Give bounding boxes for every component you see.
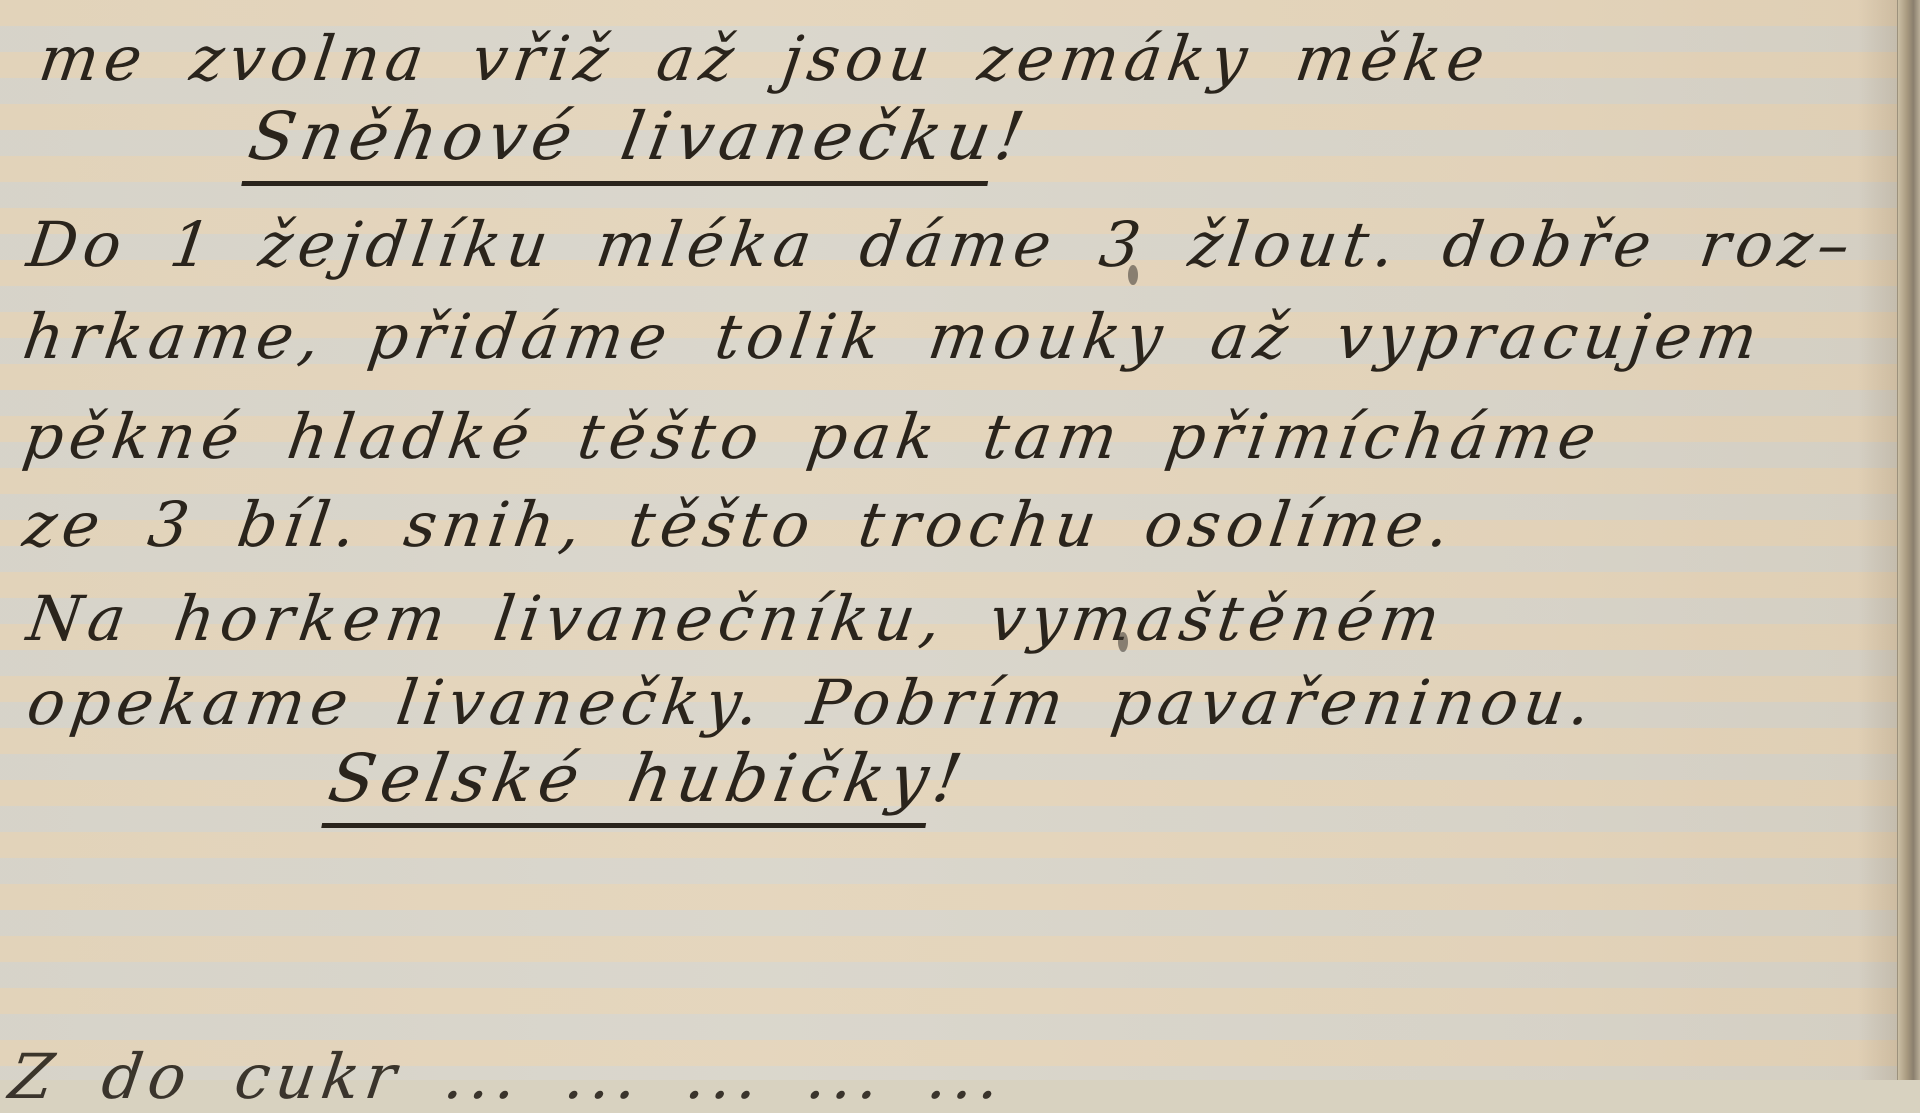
text-line-1: me zvolna vřiž až jsou zemáky měke <box>35 22 1495 95</box>
text-line-8: opekame livanečky. Pobrím pavařeninou. <box>23 666 1601 739</box>
heading-text: Selské hubičky <box>321 740 940 828</box>
recipe-heading-selske-hubicky: Selské hubičky! <box>323 740 973 817</box>
page-edge-shadow <box>1858 0 1898 1080</box>
text-line-3: Do 1 žejdlíku mléka dáme 3 žlout. dobře … <box>23 208 1860 281</box>
ink-spot <box>1128 265 1138 285</box>
recipe-heading-snehove-livanecky: Sněhové livanečku! <box>243 98 1035 175</box>
ink-spot <box>1118 632 1128 652</box>
heading-text: Sněhové livanečku <box>241 98 1003 186</box>
notebook-page: me zvolna vřiž až jsou zemáky měke Sněho… <box>0 0 1920 1080</box>
page-binding-edge <box>1897 0 1920 1080</box>
text-line-4: hrkame, přidáme tolik mouky až vypracuje… <box>19 300 1768 373</box>
text-line-5: pěkné hladké těšto pak tam přimícháme <box>19 400 1606 473</box>
text-line-6: ze 3 bíl. snih, těšto trochu osolíme. <box>19 488 1460 561</box>
text-line-7: Na horkem livanečníku, vymaštěném <box>23 582 1450 655</box>
text-line-10-cut-off: Z do cukr ... ... ... ... ... <box>5 1040 1011 1080</box>
